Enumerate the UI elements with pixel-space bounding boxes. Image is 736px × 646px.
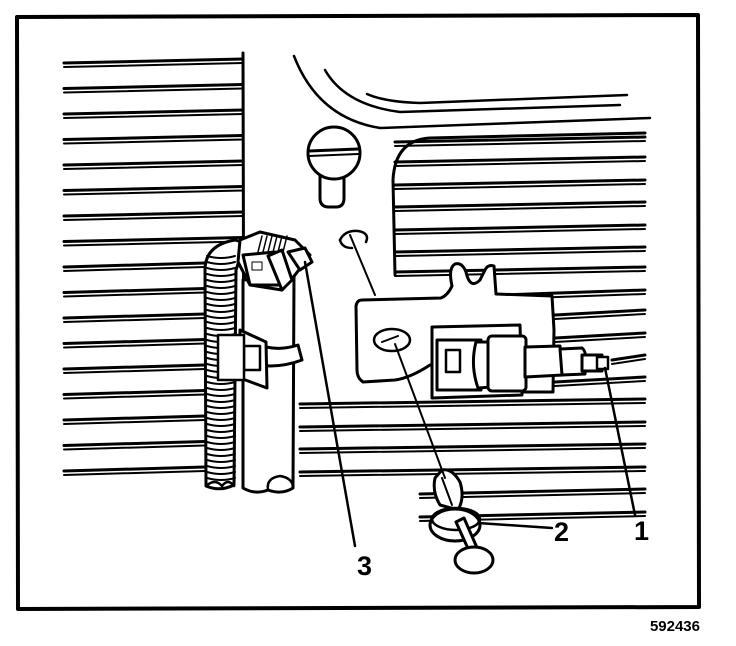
service-illustration: 1 2 3 592436 — [0, 0, 736, 646]
callout-1: 1 — [634, 516, 649, 546]
leader-line-stud — [350, 235, 375, 295]
leader-line-2 — [478, 523, 552, 528]
callout-3: 3 — [357, 551, 372, 581]
upper-panel-curves — [294, 56, 650, 128]
figure-reference-number: 592436 — [650, 618, 700, 635]
electrical-connector — [238, 232, 312, 290]
callout-2: 2 — [554, 517, 569, 547]
mounting-stud — [308, 127, 360, 207]
push-pin-retainer — [430, 470, 493, 573]
